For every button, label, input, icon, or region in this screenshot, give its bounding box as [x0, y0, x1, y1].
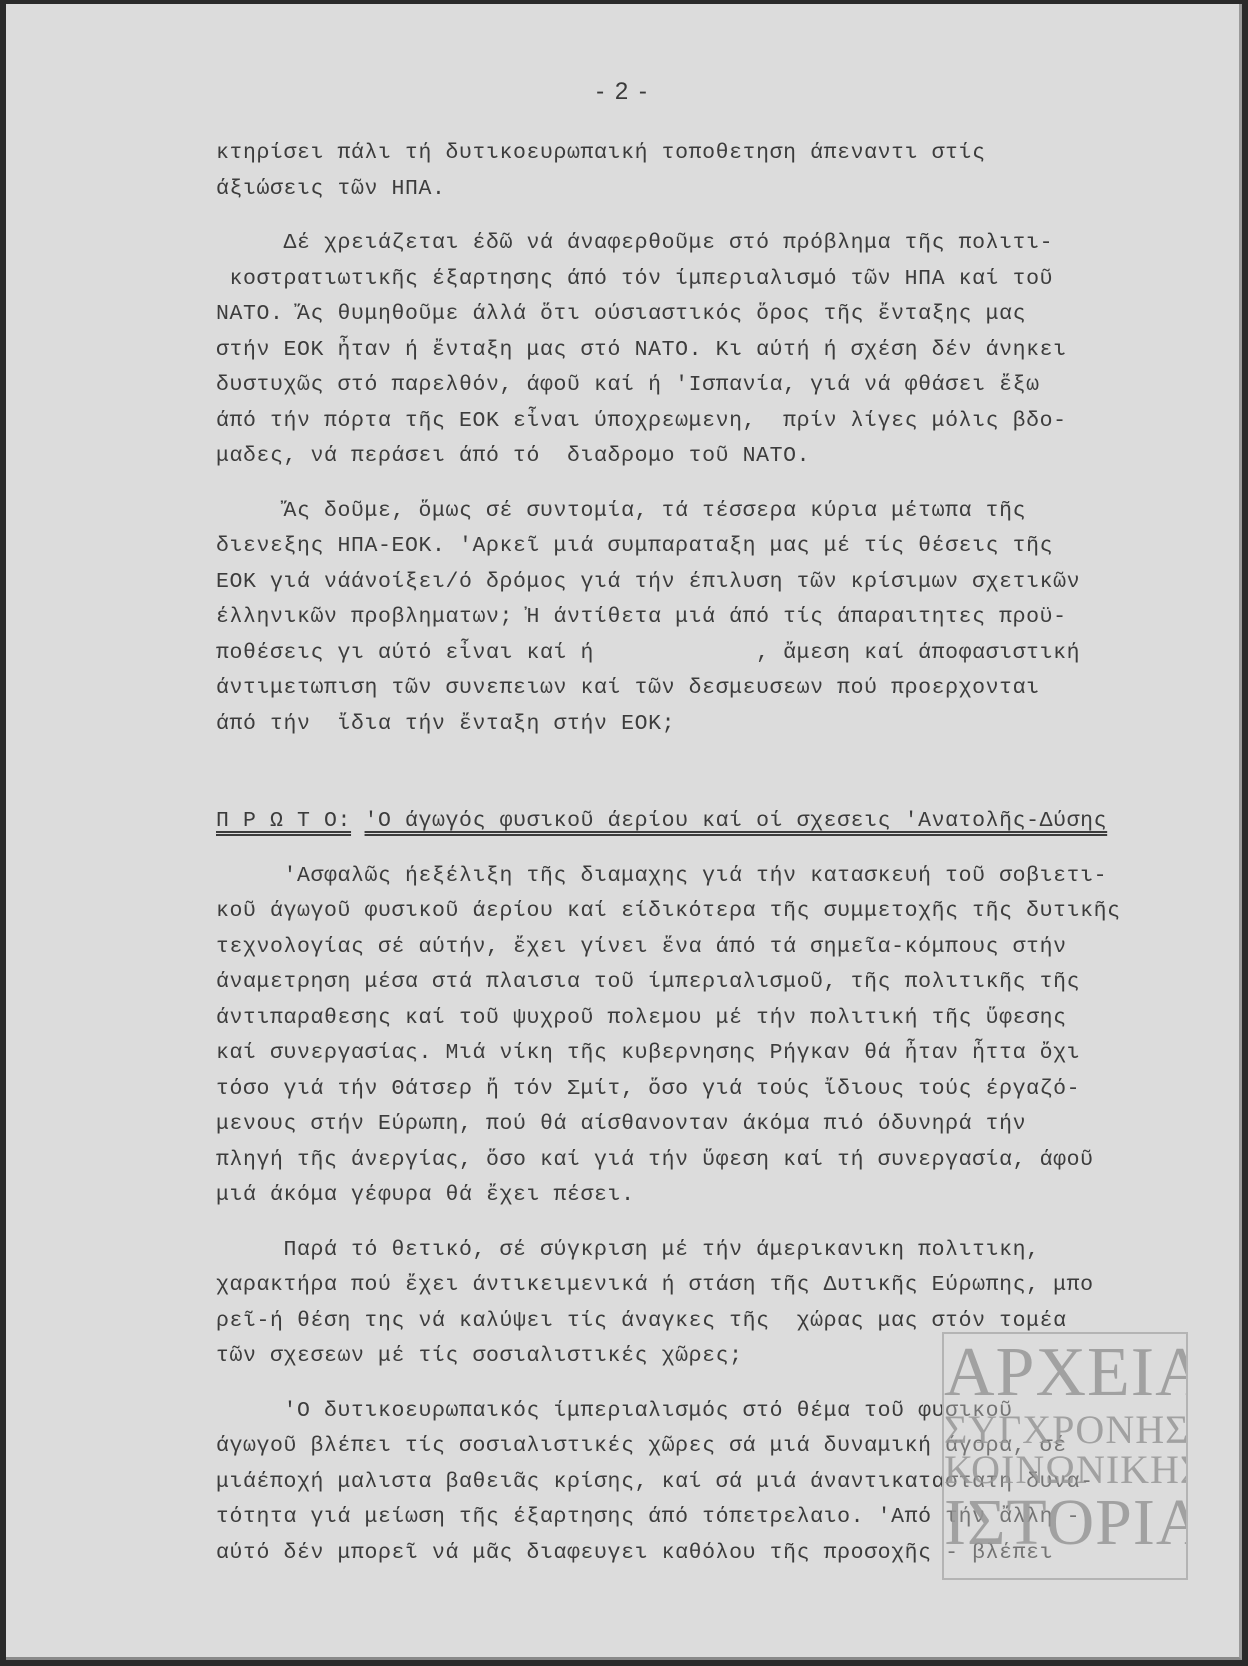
stamp-line: ΚΟΙΝΩΝΙΚΗΣ [944, 1450, 1186, 1490]
paragraph-gap [216, 207, 1226, 226]
paragraph: κτηρίσει πάλι τή δυτικοευρωπαική τοποθετ… [216, 136, 1226, 207]
paragraph-gap [216, 840, 1226, 859]
text-line: χαρακτήρα πού ἔχει άντικειμενικά ή στάση… [216, 1268, 1226, 1304]
text-line: τεχνολογίας σέ αύτήν, ἔχει γίνει ἕνα άπό… [216, 930, 1226, 966]
text-line: ποθέσεις γι αύτό εἶναι καί ή , ἄμεση καί… [216, 636, 1226, 672]
stamp-line: ΣΥΓΧΡΟΝΗΣ [944, 1410, 1186, 1450]
text-line: κοστρατιωτικῆς έξαρτησης άπό τόν ίμπερια… [216, 262, 1226, 298]
text-line: άπό τήν ἴδια τήν ἔνταξη στήν ΕΟΚ; [216, 707, 1226, 743]
page-number: - 2 - [6, 78, 1239, 106]
text-line: μιά άκόμα γέφυρα θά ἔχει πέσει. [216, 1178, 1226, 1214]
section-heading-title: 'Ο άγωγός φυσικοῦ άερίου καί οί σχεσεις … [365, 809, 1108, 833]
text-line: καί συνεργασίας. Μιά νίκη τῆς κυβερνησης… [216, 1036, 1226, 1072]
text-line: πληγή τῆς άνεργίας, ὅσο καί γιά τήν ὕφεσ… [216, 1143, 1226, 1179]
text-line: έλληνικῶν προβληματων; Ἠ άντίθετα μιά άπ… [216, 600, 1226, 636]
text-line: στήν ΕΟΚ ἦταν ή ἔνταξη μας στό ΝΑΤΟ. Κι … [216, 333, 1226, 369]
text-line: άξιώσεις τῶν ΗΠΑ. [216, 172, 1226, 208]
section-heading: Π Ρ Ω Τ Ο: 'Ο άγωγός φυσικοῦ άερίου καί … [216, 804, 1226, 840]
text-line: Ἄς δοῦμε, ὅμως σέ συντομία, τά τέσσερα κ… [216, 494, 1226, 530]
paragraph: 'Ασφαλῶς ήεξέλιξη τῆς διαμαχης γιά τήν κ… [216, 859, 1226, 1214]
text-line: άπό τήν πόρτα τῆς ΕΟΚ εἶναι ύποχρεωμενη,… [216, 404, 1226, 440]
text-line: Δέ χρειάζεται έδῶ νά άναφερθοῦμε στό πρό… [216, 226, 1226, 262]
stamp-line: ΙΣΤΟΡΙΑΣ [944, 1490, 1186, 1556]
text-line: κτηρίσει πάλι τή δυτικοευρωπαική τοποθετ… [216, 136, 1226, 172]
text-line: ΕΟΚ γιά νάάνοίξει/ό δρόμος γιά τήν έπιλυ… [216, 565, 1226, 601]
text-line: κοῦ άγωγοῦ φυσικοῦ άερίου καί είδικότερα… [216, 894, 1226, 930]
text-line: τόσο γιά τήν Θάτσερ ἤ τόν Σμίτ, ὅσο γιά … [216, 1072, 1226, 1108]
text-line: άντιπαραθεσης καί τοῦ ψυχροῦ πολεμου μέ … [216, 1001, 1226, 1037]
text-line: δυστυχῶς στό παρελθόν, άφοῦ καί ή 'Ισπαν… [216, 368, 1226, 404]
text-line: μαδες, νά περάσει άπό τό διαδρομο τοῦ ΝΑ… [216, 439, 1226, 475]
text-line: ΝΑΤΟ. Ἄς θυμηθοῦμε άλλά ὅτι ούσιαστικός … [216, 297, 1226, 333]
paragraph: Δέ χρειάζεται έδῶ νά άναφερθοῦμε στό πρό… [216, 226, 1226, 475]
paragraph-gap [216, 475, 1226, 494]
text-line: μενους στήν Εύρωπη, πού θά αίσθανονταν ά… [216, 1107, 1226, 1143]
paragraph: Ἄς δοῦμε, ὅμως σέ συντομία, τά τέσσερα κ… [216, 494, 1226, 743]
text-line: Παρά τό θετικό, σέ σύγκριση μέ τήν άμερι… [216, 1233, 1226, 1269]
text-line: άναμετρηση μέσα στά πλαισια τοῦ ίμπεριαλ… [216, 965, 1226, 1001]
section-heading-label: Π Ρ Ω Τ Ο: [216, 809, 351, 833]
document-page: - 2 - κτηρίσει πάλι τή δυτικοευρωπαική τ… [6, 4, 1242, 1660]
archive-stamp: ΑΡΧΕΙΑ ΣΥΓΧΡΟΝΗΣ ΚΟΙΝΩΝΙΚΗΣ ΙΣΤΟΡΙΑΣ [942, 1332, 1188, 1580]
paragraph-gap [216, 1214, 1226, 1233]
text-line: διενεξης ΗΠΑ-ΕΟΚ. 'Αρκεῖ μιά συμπαραταξη… [216, 529, 1226, 565]
text-line: άντιμετωπιση τῶν συνεπειων καί τῶν δεσμε… [216, 671, 1226, 707]
text-line: 'Ασφαλῶς ήεξέλιξη τῆς διαμαχης γιά τήν κ… [216, 859, 1226, 895]
paragraph-gap [216, 742, 1226, 804]
stamp-line: ΑΡΧΕΙΑ [944, 1338, 1186, 1408]
